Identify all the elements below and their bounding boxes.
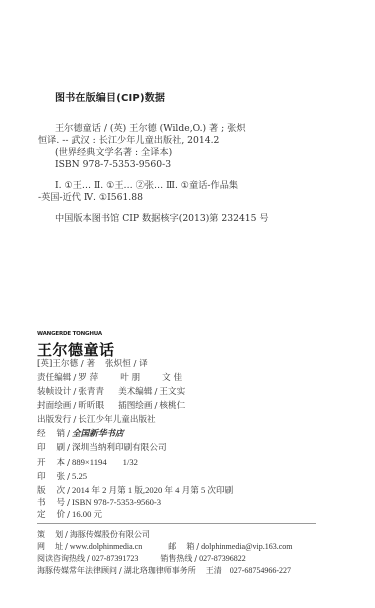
hotline-row: 阅读咨询热线/027-87391723销售热线/027-87396822 [37, 554, 246, 564]
credit-row-publisher: 出版发行/长江少年儿童出版社 [37, 415, 156, 426]
reading-hotline-value: 027-87391723 [92, 554, 139, 563]
credit-row-sheets: 印 张/5.25 [37, 471, 87, 483]
credit-row-editor: 责任编辑/罗 萍叶 朋文 佳 [37, 373, 182, 384]
reading-hotline-label: 阅读咨询热线 [37, 554, 85, 563]
credit-value: 核桃仁 [159, 401, 185, 411]
legal-person: 王清 [206, 566, 222, 575]
credit-row-printing: 印 刷/深圳当纳利印刷有限公司 [37, 443, 167, 454]
legal-row: 海豚传媒常年法律顾问/湖北珞珈律师事务所王清027-68754966-227 [37, 566, 291, 576]
sales-hotline-label: 销售热线 [160, 554, 192, 563]
book-title-pinyin: WANGERDE TONGHUA [37, 331, 102, 337]
translator: 张炽恒 / 译 [105, 359, 148, 369]
credit-value: 深圳当纳利印刷有限公司 [72, 443, 167, 453]
credit-label: 印 张 [37, 472, 65, 482]
credit-value: ISBN 978-7-5353-9560-3 [72, 497, 161, 507]
credit-label: 版 次 [37, 486, 65, 496]
email-label: 邮 箱 [168, 542, 194, 551]
credit-label: 经 销 [37, 429, 65, 439]
cip-line-record-number: 中国版本图书馆 CIP 数据核字(2013)第 232415 号 [55, 213, 269, 225]
credit-row-design: 装帧设计/张青青美术编辑/王文实 [37, 387, 185, 398]
credit-label: 装帧设计 [37, 387, 71, 397]
cip-line-series: (世界经典文学名著 : 全译本) [55, 147, 172, 159]
divider [37, 523, 316, 524]
credit-label: 出版发行 [37, 415, 71, 425]
cip-line-publisher: 恒译. -- 武汉 : 长江少年儿童出版社, 2014.2 [38, 135, 219, 147]
email-link[interactable]: dolphinmedia@vip.163.com [201, 542, 292, 551]
credit-label: 书 号 [37, 498, 65, 508]
credit-label: 插图绘画 [118, 401, 152, 411]
legal-label: 海豚传媒常年法律顾问 [37, 566, 117, 575]
credit-label: 封面绘画 [37, 401, 71, 411]
sales-hotline-value: 027-87396822 [199, 554, 246, 563]
website-label: 网 址 [37, 542, 63, 551]
credit-extra: 文 佳 [162, 373, 182, 383]
credit-value: 889×1194 [72, 457, 107, 467]
credit-row-illustration: 封面绘画/昕昕眼插图绘画/核桃仁 [37, 401, 185, 412]
credit-row-price: 定 价/16.00 元 [37, 509, 102, 521]
cip-line-title: 王尔德童话 / (英) 王尔德 (Wilde,O.) 著 ; 张炽 [55, 123, 246, 135]
author-line: [英]王尔德 / 著张炽恒 / 译 [37, 359, 148, 370]
planning-row: 策 划/海豚传媒股份有限公司 [37, 530, 150, 540]
credit-label: 印 刷 [37, 443, 65, 453]
contact-row: 网 址/www.dolphinmedia.cn邮 箱/dolphinmedia@… [37, 542, 292, 552]
credit-row-format: 开 本/889×11941/32 [37, 457, 138, 469]
credit-value: 张青青 [78, 387, 104, 397]
credit-label: 责任编辑 [37, 373, 71, 383]
author: [英]王尔德 / 著 [37, 359, 95, 369]
planning-value: 海豚传媒股份有限公司 [70, 530, 150, 539]
credit-value: 罗 萍 [78, 373, 98, 383]
cip-line-classification-cont: -英国-近代 Ⅳ. ①I561.88 [38, 192, 143, 204]
credit-label: 开 本 [37, 458, 65, 468]
credit-value: 2014 年 2 月第 1 版,2020 年 4 月第 5 次印刷 [72, 485, 233, 495]
credit-value: 王文实 [159, 387, 185, 397]
website-link[interactable]: www.dolphinmedia.cn [70, 542, 142, 551]
credit-row-distribution: 经 销/全国新华书店 [37, 429, 124, 440]
credit-extra: 叶 朋 [120, 373, 140, 383]
credit-row-edition: 版 次/2014 年 2 月第 1 版,2020 年 4 月第 5 次印刷 [37, 485, 233, 497]
credit-value: 16.00 元 [72, 509, 102, 519]
credit-label: 美术编辑 [118, 387, 152, 397]
credit-value: 全国新华书店 [72, 429, 124, 439]
credit-value: 长江少年儿童出版社 [78, 415, 155, 425]
credit-label: 定 价 [37, 510, 65, 520]
credit-value: 5.25 [72, 471, 87, 481]
legal-phone: 027-68754966-227 [230, 566, 291, 575]
cip-heading: 图书在版编目(CIP)数据 [55, 89, 165, 104]
credit-row-isbn: 书 号/ISBN 978-7-5353-9560-3 [37, 497, 161, 509]
book-title: 王尔德童话 [37, 339, 115, 360]
cip-line-classification: Ⅰ. ①王… Ⅱ. ①王… ②张… Ⅲ. ①童话-作品集 [55, 180, 238, 192]
credit-value: 昕昕眼 [78, 401, 104, 411]
legal-firm: 湖北珞珈律师事务所 [124, 566, 196, 575]
planning-label: 策 划 [37, 530, 63, 539]
credit-value-extra: 1/32 [123, 457, 138, 467]
cip-line-isbn: ISBN 978-7-5353-9560-3 [55, 159, 171, 171]
